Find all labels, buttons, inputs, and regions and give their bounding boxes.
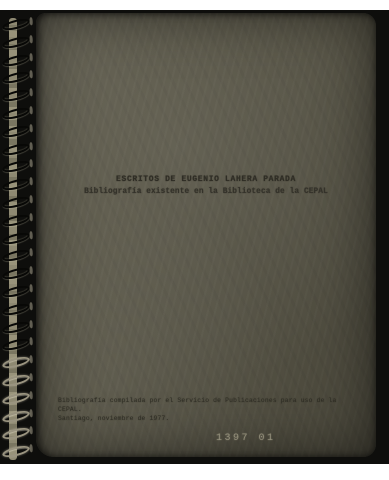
spiral-coil	[1, 124, 30, 140]
spiral-coil	[1, 444, 30, 460]
spiral-coil	[1, 302, 30, 318]
spiral-binding	[0, 20, 36, 466]
footnote-line-1: Bibliografía compilada por el Servicio d…	[58, 396, 363, 414]
spiral-coil	[1, 88, 30, 104]
spiral-coil	[1, 284, 30, 300]
spiral-coil	[1, 141, 30, 157]
spiral-coil	[1, 70, 30, 86]
scanned-page: ESCRITOS DE EUGENIO LAHERA PARADA Biblio…	[0, 10, 389, 464]
spiral-coil	[1, 52, 30, 68]
footnote-line-2: Santiago, noviembre de 1977.	[58, 414, 363, 423]
spiral-coil	[1, 266, 30, 282]
catalog-number-stamp: 1397 01	[216, 433, 276, 444]
spiral-coil	[1, 35, 30, 51]
spiral-coil	[1, 355, 30, 371]
spiral-coil	[1, 337, 30, 353]
spiral-coil	[1, 408, 30, 424]
spiral-coil	[1, 319, 30, 335]
spiral-coil	[1, 177, 30, 193]
spiral-coil	[1, 159, 30, 175]
cover-title: ESCRITOS DE EUGENIO LAHERA PARADA	[36, 175, 376, 184]
spiral-coil	[1, 426, 30, 442]
notebook-cover: ESCRITOS DE EUGENIO LAHERA PARADA Biblio…	[36, 13, 376, 457]
spiral-coil	[1, 195, 30, 211]
cover-subtitle: Bibliografía existente en la Biblioteca …	[36, 188, 376, 196]
spiral-coil	[1, 373, 30, 389]
spiral-coil	[1, 248, 30, 264]
spiral-coil	[1, 391, 30, 407]
cover-footnote: Bibliografía compilada por el Servicio d…	[58, 396, 363, 423]
spiral-coil	[1, 230, 30, 246]
spiral-coil	[1, 106, 30, 122]
spiral-coil	[1, 17, 30, 33]
spiral-coil	[1, 213, 30, 229]
